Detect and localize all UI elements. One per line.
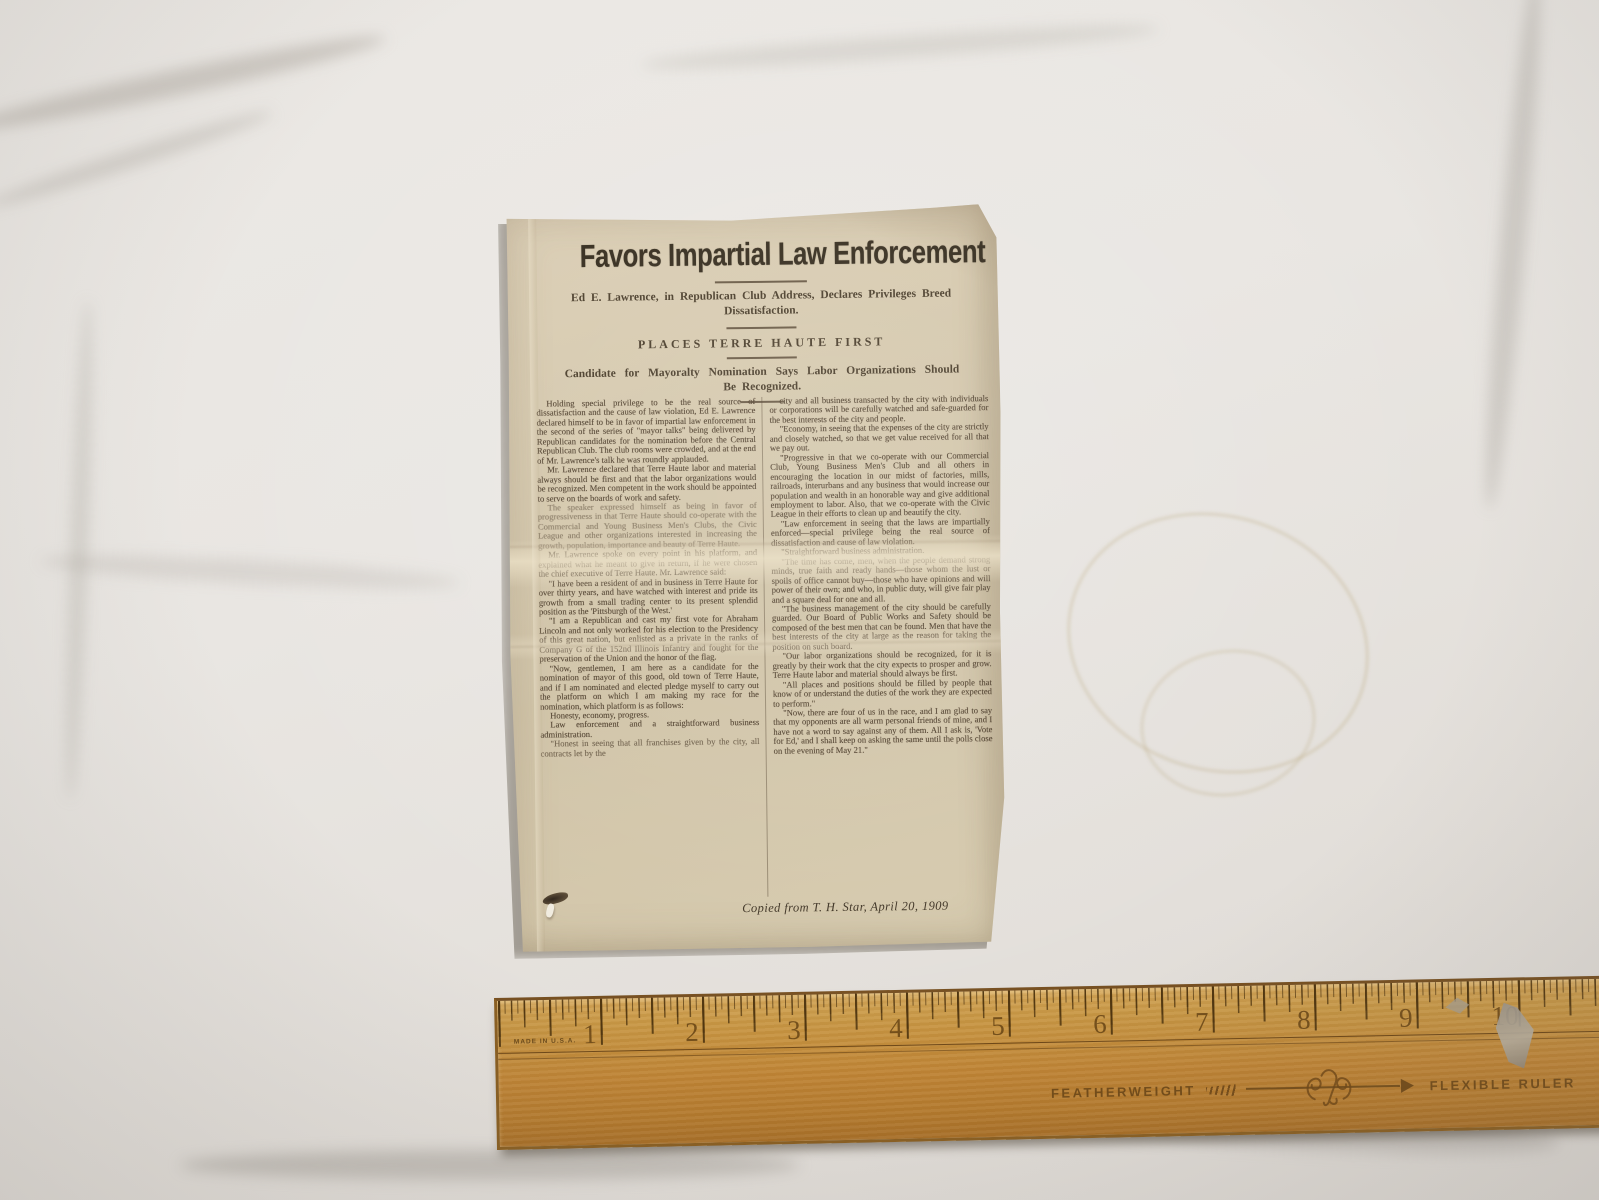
fabric-wrinkle [640,18,1160,76]
header-rule [727,356,797,359]
body-paragraph: "Our labor organizations should be recog… [772,649,991,680]
fabric-wrinkle [1477,0,1550,510]
fabric-wrinkle [0,26,388,141]
body-paragraph: "The time has come, men, when the people… [771,555,991,605]
ruler-inch-number: 2 [668,1017,699,1048]
body-paragraph: Mr. Lawrence declared that Terre Haute l… [537,463,756,503]
ruler-inch-number: 1 [566,1019,597,1050]
body-paragraph: "The business management of the city sho… [772,602,992,652]
ruler-inch-number: 3 [770,1015,801,1046]
body-paragraph: city and all business transacted by the … [769,394,988,425]
paper-torn-speck [545,903,555,918]
body-paragraph: Holding special privilege to be the real… [536,397,756,466]
footer-credit: Copied from T. H. Star, April 20, 1909 [742,899,948,917]
document-header: Favors Impartial Law Enforcement Ed E. L… [534,234,988,406]
newspaper-clipping: Favors Impartial Law Enforcement Ed E. L… [504,204,1007,952]
featherweight-label: FEATHERWEIGHT [1051,1082,1196,1100]
article-column-right: city and all business transacted by the … [761,394,994,897]
fabric-wrinkle [40,549,461,595]
body-paragraph: The speaker expressed himself as being i… [538,501,758,551]
body-paragraph: "All places and positions should be fill… [773,678,992,709]
fabric-wrinkle [61,300,96,800]
body-paragraph: "Economy, in seeing that the expenses of… [770,422,989,453]
article-body: Holding special privilege to be the real… [536,394,994,899]
arrow-feathers-icon [1206,1084,1236,1097]
kicker: PLACES TERRE HAUTE FIRST [536,333,988,353]
body-paragraph: "Honest in seeing that all franchises gi… [540,737,759,759]
header-rule [726,326,796,329]
ruler-inch-number: 9 [1382,1003,1413,1034]
header-rule [715,280,807,283]
body-paragraph: "Now, there are four of us in the race, … [773,706,993,756]
arrow-assembly [1245,1063,1414,1112]
body-paragraph: "Now, gentlemen, I am here as a candidat… [540,662,760,712]
ruler-brand-row: FEATHERWEIGHT FLEXIBLE RULER [1051,1059,1577,1116]
ruler-inch-number: 5 [974,1011,1005,1042]
photo-of-document-on-fabric: Favors Impartial Law Enforcement Ed E. L… [0,0,1599,1200]
body-paragraph: "Progressive in that we co-operate with … [770,451,990,520]
flexible-ruler-label: FLEXIBLE RULER [1429,1075,1576,1093]
body-paragraph: "Law enforcement in seeing that the laws… [771,517,990,548]
body-paragraph: "I am a Republican and cast my first vot… [539,614,759,664]
body-paragraph: "I have been a resident of and in busine… [539,577,758,617]
body-paragraph: Mr. Lawrence spoke on every point in his… [538,548,757,579]
wooden-ruler: 12345678910 MADE IN U.S.A. FEATHERWEIGHT [494,975,1599,1150]
monogram-logo-icon [1301,1064,1356,1116]
ruler-inch-number: 6 [1076,1009,1107,1040]
article-column-left: Holding special privilege to be the real… [536,397,767,900]
arrowhead-icon [1400,1079,1413,1093]
made-in-usa-label: MADE IN U.S.A. [514,1037,577,1045]
fabric-wrinkle [180,1150,800,1180]
headline: Favors Impartial Law Enforcement [580,235,942,273]
ruler-inch-number: 7 [1178,1007,1209,1038]
ruler-inch-number: 4 [872,1013,903,1044]
ruler-inch-number: 8 [1280,1005,1311,1036]
